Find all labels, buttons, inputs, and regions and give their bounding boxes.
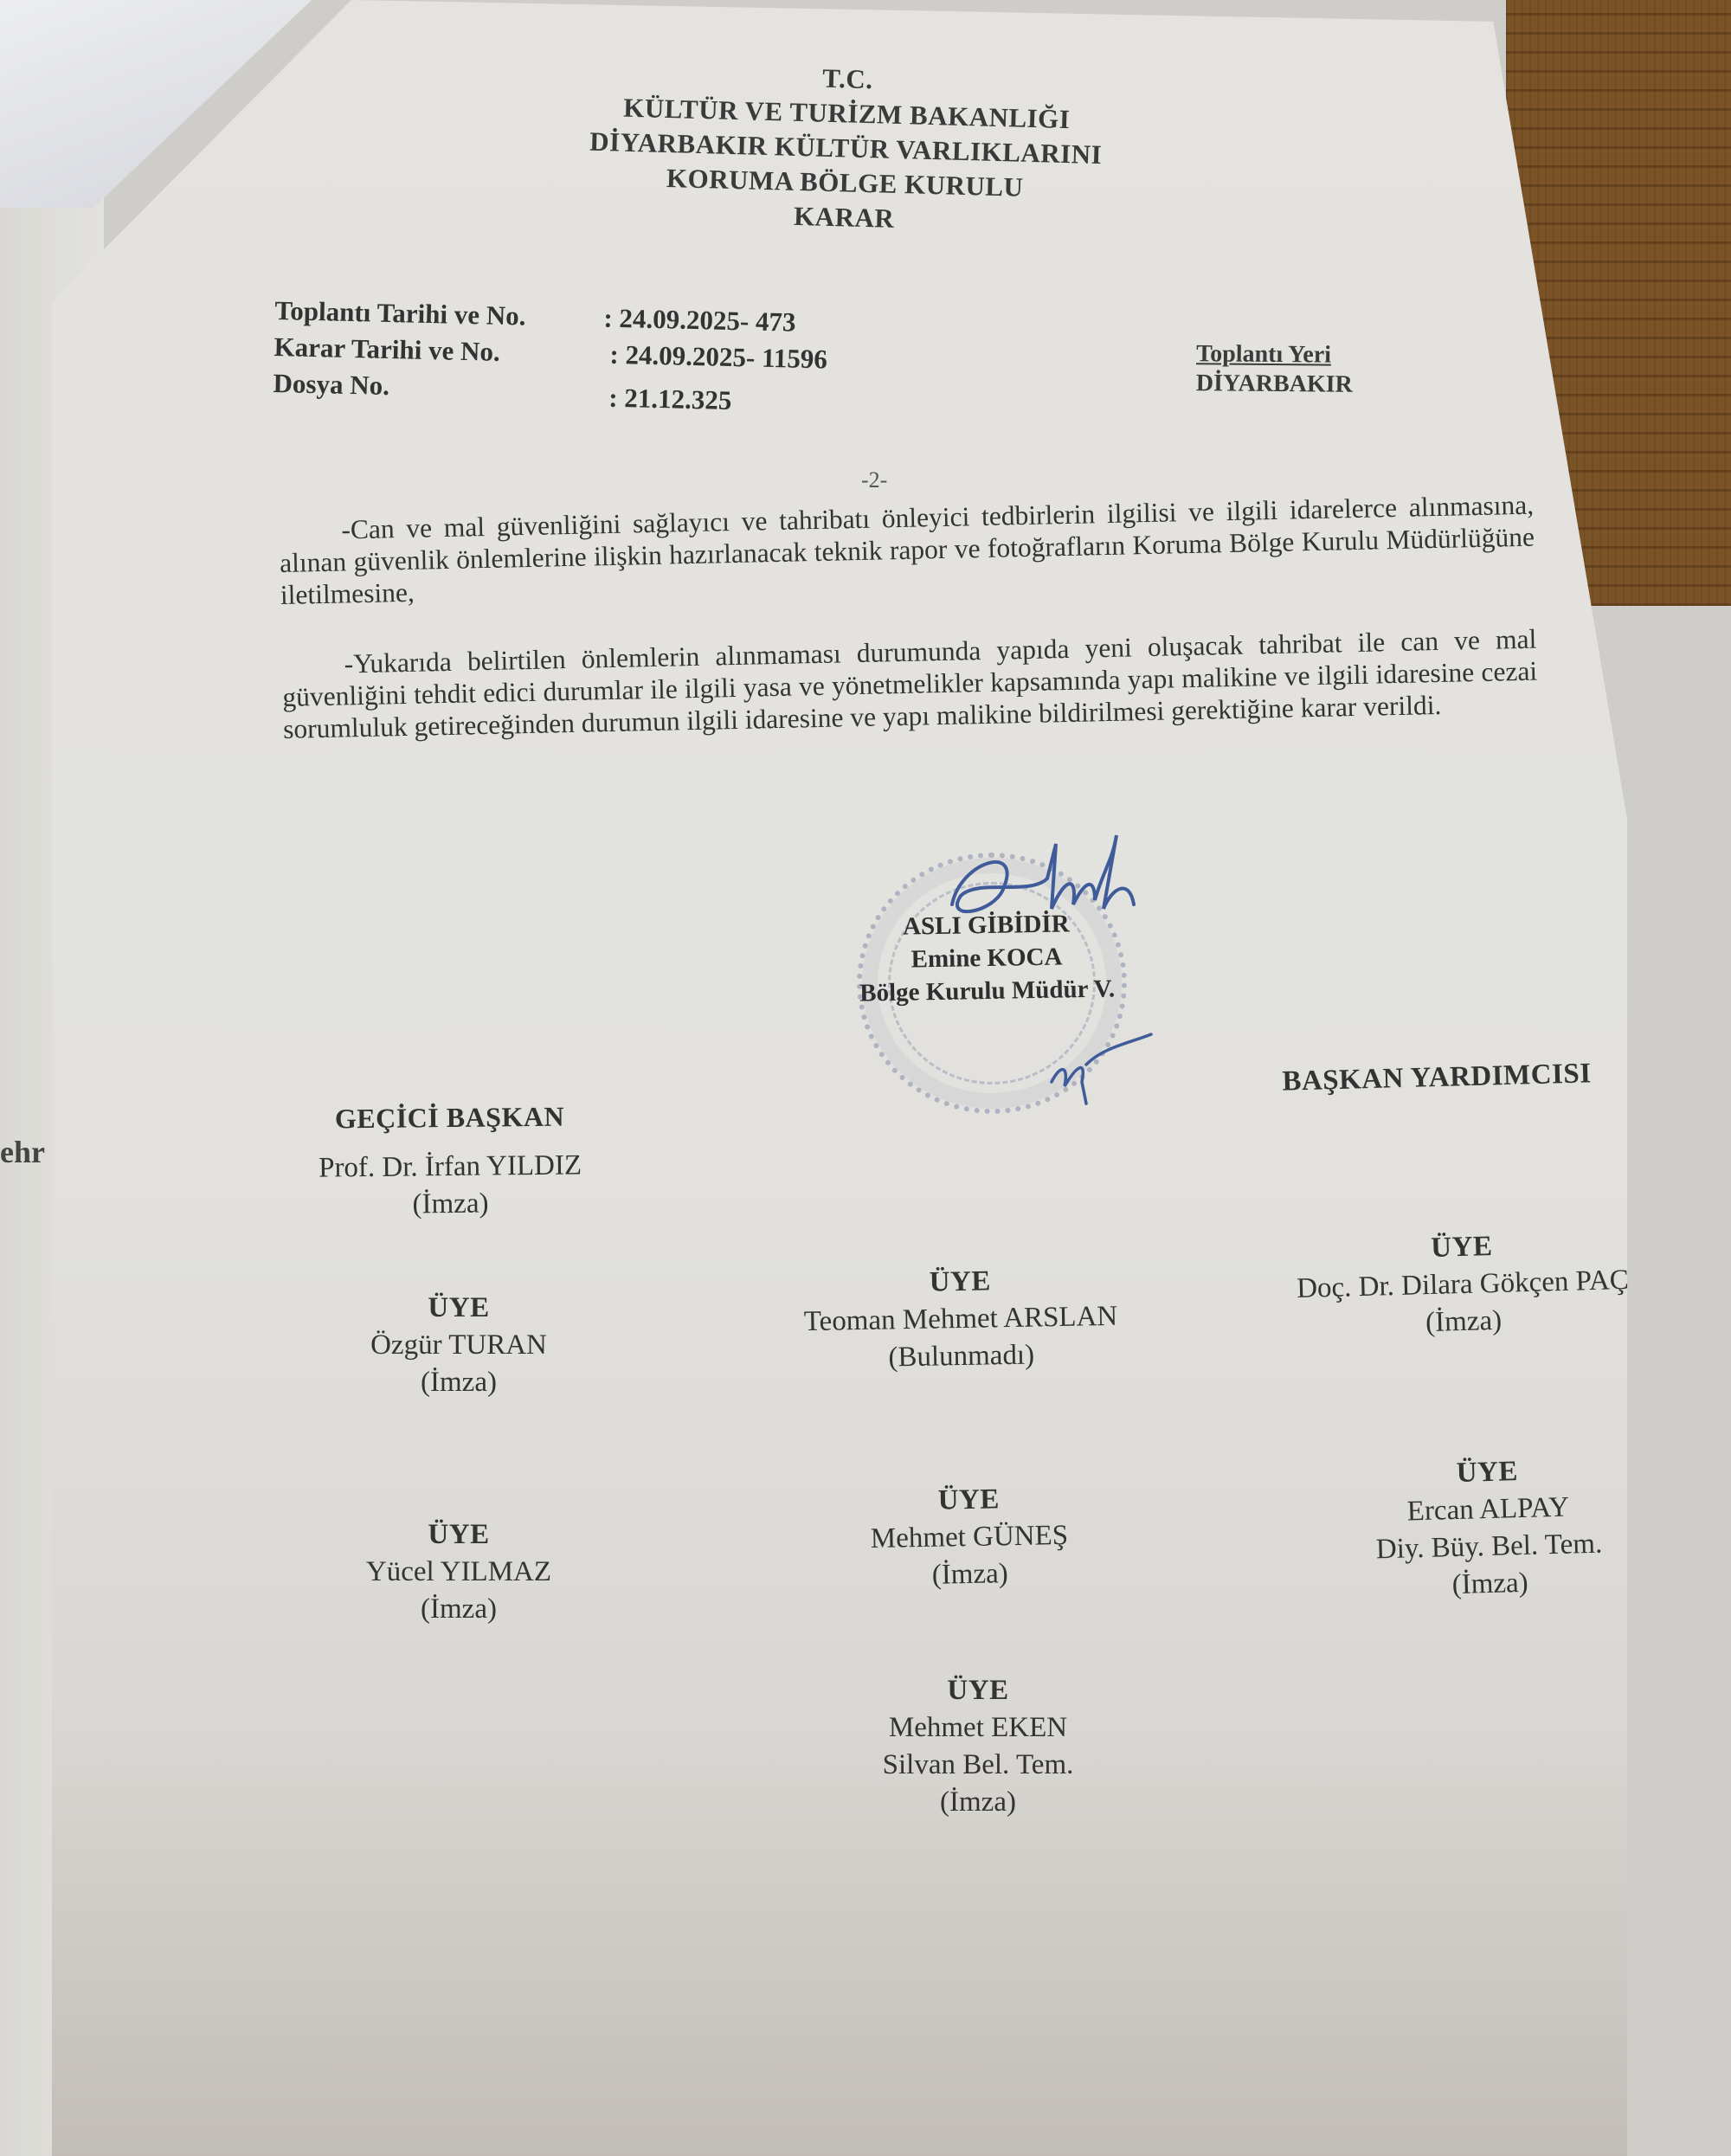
signatory-chair: GEÇİCİ BAŞKAN Prof. Dr. İrfan YILDIZ (İm…: [276, 1097, 623, 1225]
document-content: T.C. KÜLTÜR VE TURİZM BAKANLIĞI DİYARBAK…: [0, 0, 1731, 2156]
paragraph: -Can ve mal güvenliğini sağlayıcı ve tah…: [279, 489, 1535, 611]
signatory-title: ÜYE: [329, 1290, 589, 1327]
signatory-name: Mehmet GÜNEŞ: [814, 1516, 1126, 1559]
signatory-member: ÜYE Mehmet EKEN Silvan Bel. Tem. (İmza): [822, 1672, 1134, 1821]
signatory-member: ÜYE Doç. Dr. Dilara Gökçen PAÇ (İmza): [1236, 1223, 1689, 1347]
signatory-status: (İmza): [329, 1591, 589, 1628]
signatory-vice-chair: BAŞKAN YARDIMCISI: [1246, 1054, 1628, 1102]
signatory-name: Özgür TURAN: [329, 1327, 589, 1364]
document-header: T.C. KÜLTÜR VE TURİZM BAKANLIĞI DİYARBAK…: [532, 54, 1160, 243]
signatory-status: (Bulunmadı): [736, 1334, 1187, 1379]
signatory-title: GEÇİCİ BAŞKAN: [276, 1097, 622, 1138]
certifier-title: Bölge Kurulu Müdür V.: [805, 971, 1169, 1010]
certified-copy-block: ASLI GİBİDİR Emine KOCA Bölge Kurulu Müd…: [804, 905, 1169, 1010]
signatory-member: ÜYE Ercan ALPAY Diy. Büy. Bel. Tem. (İmz…: [1322, 1450, 1655, 1607]
signatory-affiliation: Silvan Bel. Tem.: [822, 1747, 1134, 1784]
signatory-member: ÜYE Özgür TURAN (İmza): [329, 1290, 589, 1401]
signatory-title: ÜYE: [329, 1516, 589, 1554]
signatory-status: (İmza): [1325, 1561, 1655, 1607]
meeting-venue: Toplantı Yeri DİYARBAKIR: [1196, 339, 1354, 400]
signatory-member: ÜYE Yücel YILMAZ (İmza): [329, 1516, 589, 1628]
signatory-member: ÜYE Mehmet GÜNEŞ (İmza): [813, 1479, 1126, 1596]
paragraph: -Yukarıda belirtilen önlemlerin alınmama…: [281, 623, 1538, 745]
decision-body: -Can ve mal güvenliğini sağlayıcı ve tah…: [279, 489, 1539, 783]
signatory-title: ÜYE: [822, 1672, 1134, 1709]
signatory-status: (İmza): [329, 1364, 589, 1401]
signatory-title: ÜYE: [813, 1479, 1125, 1522]
venue-label: Toplantı Yeri: [1196, 339, 1353, 370]
decision-metadata: Toplantı Tarihi ve No. : 24.09.2025- 473…: [273, 293, 828, 421]
signatory-name: Mehmet EKEN: [822, 1709, 1134, 1747]
initials-icon: [1034, 1013, 1155, 1108]
venue-value: DİYARBAKIR: [1196, 369, 1353, 400]
meta-value: : 21.12.325: [608, 380, 732, 419]
meta-label: Dosya No.: [273, 365, 602, 416]
signatory-name: Prof. Dr. İrfan YILDIZ: [277, 1147, 623, 1187]
meta-value: : 24.09.2025- 11596: [609, 337, 827, 378]
signatory-title: BAŞKAN YARDIMCISI: [1246, 1054, 1628, 1102]
meta-value: : 24.09.2025- 473: [603, 300, 796, 341]
signatory-member: ÜYE Teoman Mehmet ARSLAN (Bulunmadı): [735, 1259, 1187, 1379]
page-number: -2-: [861, 467, 887, 493]
signatory-name: Yücel YILMAZ: [329, 1554, 589, 1591]
signatory-status: (İmza): [822, 1784, 1134, 1821]
signatory-status: (İmza): [277, 1184, 623, 1225]
signatory-status: (İmza): [814, 1554, 1126, 1596]
